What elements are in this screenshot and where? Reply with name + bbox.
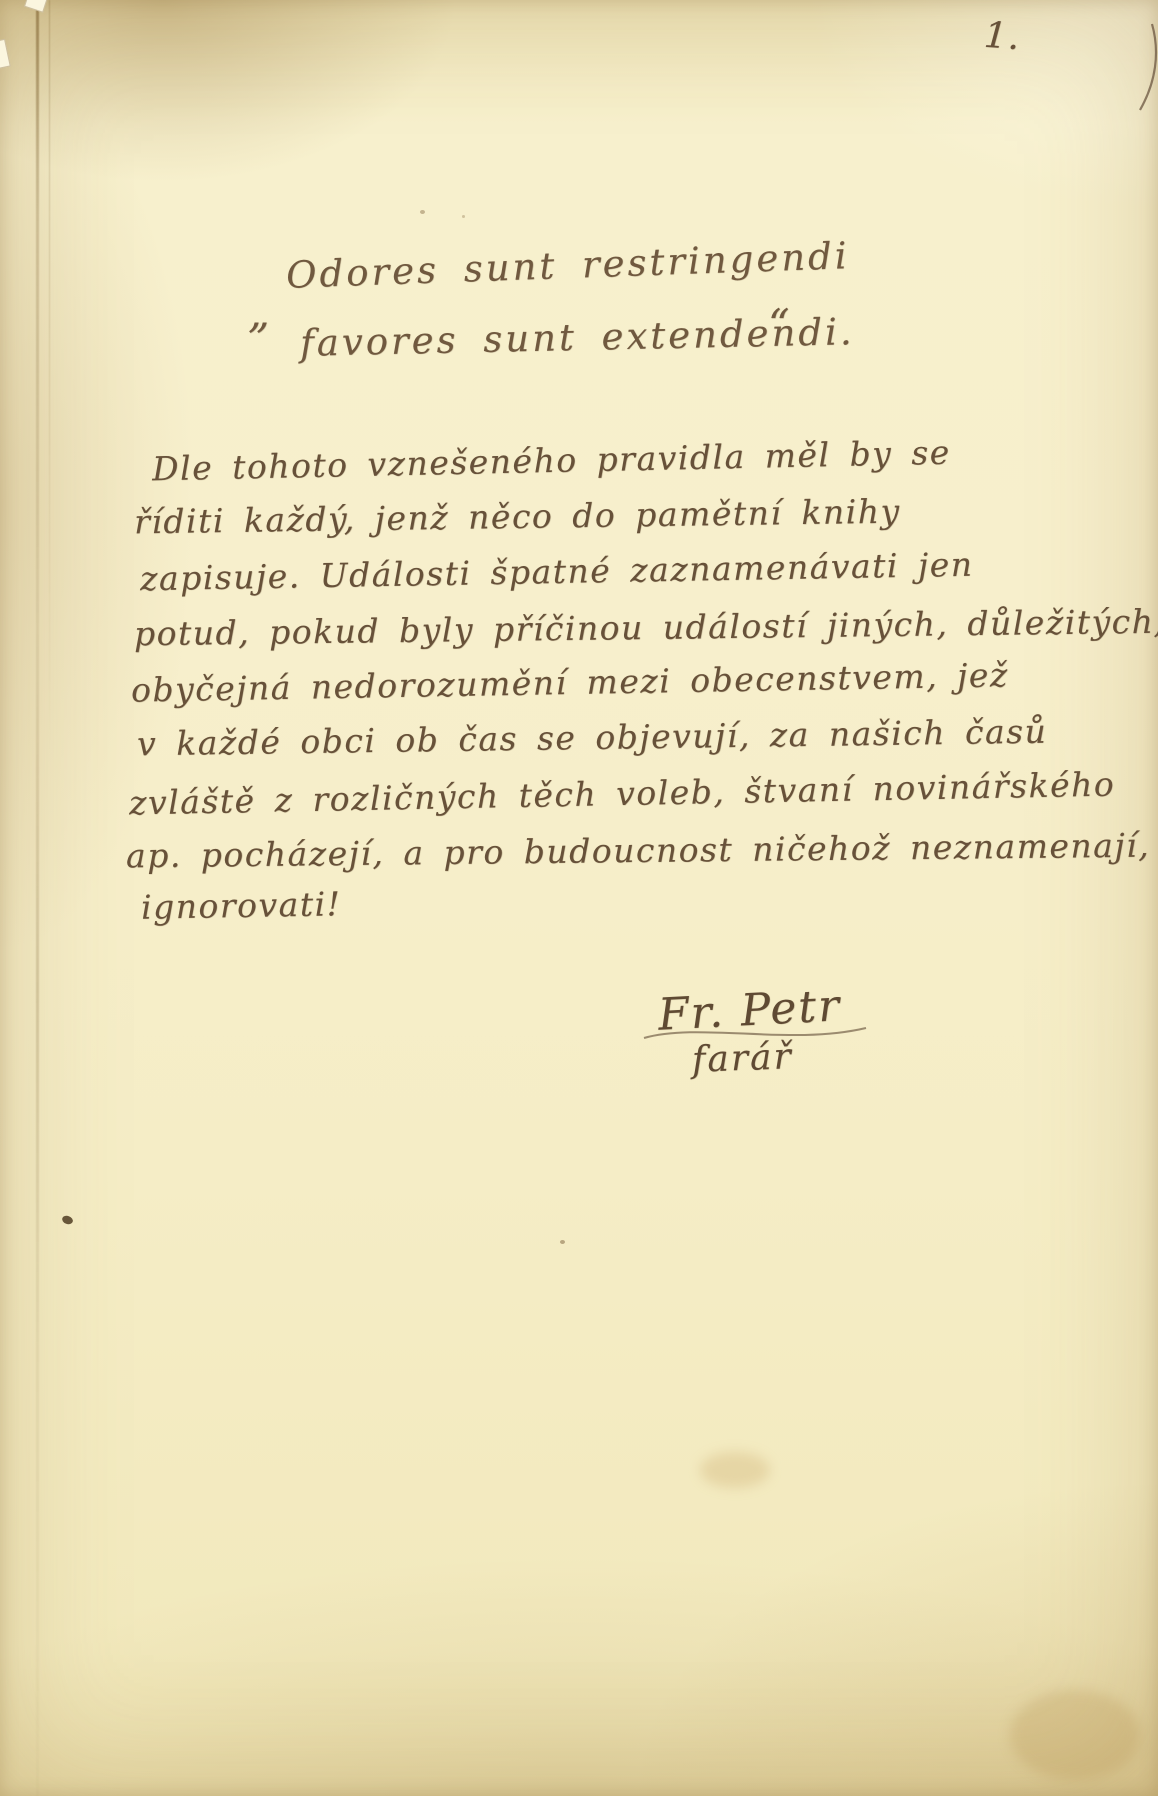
handwritten-line: ap. pocházejí, a pro budoucnost ničehož …: [126, 826, 1150, 876]
handwritten-line: Dle tohoto vznešeného pravidla měl by se: [152, 433, 951, 489]
paper-speck: [560, 1240, 565, 1244]
stain: [1010, 1690, 1140, 1780]
handwritten-line: zapisuje. Události špatné zaznamenávati …: [140, 545, 974, 599]
paper-tear: [0, 39, 11, 69]
page-number: 1.: [983, 15, 1022, 58]
quote-close-mark: “: [768, 300, 792, 349]
fold-crease: [36, 0, 39, 1796]
pen-flourish: [1126, 22, 1158, 112]
paper-speck: [420, 210, 425, 214]
handwritten-line: ignorovati!: [141, 884, 342, 926]
fold-crease-faint: [49, 0, 50, 754]
ink-speck: [61, 1214, 74, 1225]
handwritten-line: potud, pokud byly příčinou událostí jiný…: [134, 602, 1158, 654]
quote-open-mark: „: [248, 288, 273, 337]
handwritten-line: říditi každý, jenž něco do pamětní knihy: [134, 492, 901, 542]
handwritten-line: zvláště z rozličných těch voleb, štvaní …: [129, 765, 1116, 823]
manuscript-page: 1. „ Odores sunt restringendi favores su…: [0, 0, 1158, 1796]
stain: [700, 1452, 770, 1488]
paper-speck: [462, 215, 465, 218]
quote-line: Odores sunt restringendi: [285, 234, 850, 297]
signature-title: farář: [691, 1036, 793, 1080]
handwritten-line: v každé obci ob čas se objevují, za naši…: [137, 712, 1048, 764]
handwritten-line: obyčejná nedorozumění mezi obecenstvem, …: [131, 655, 1009, 709]
